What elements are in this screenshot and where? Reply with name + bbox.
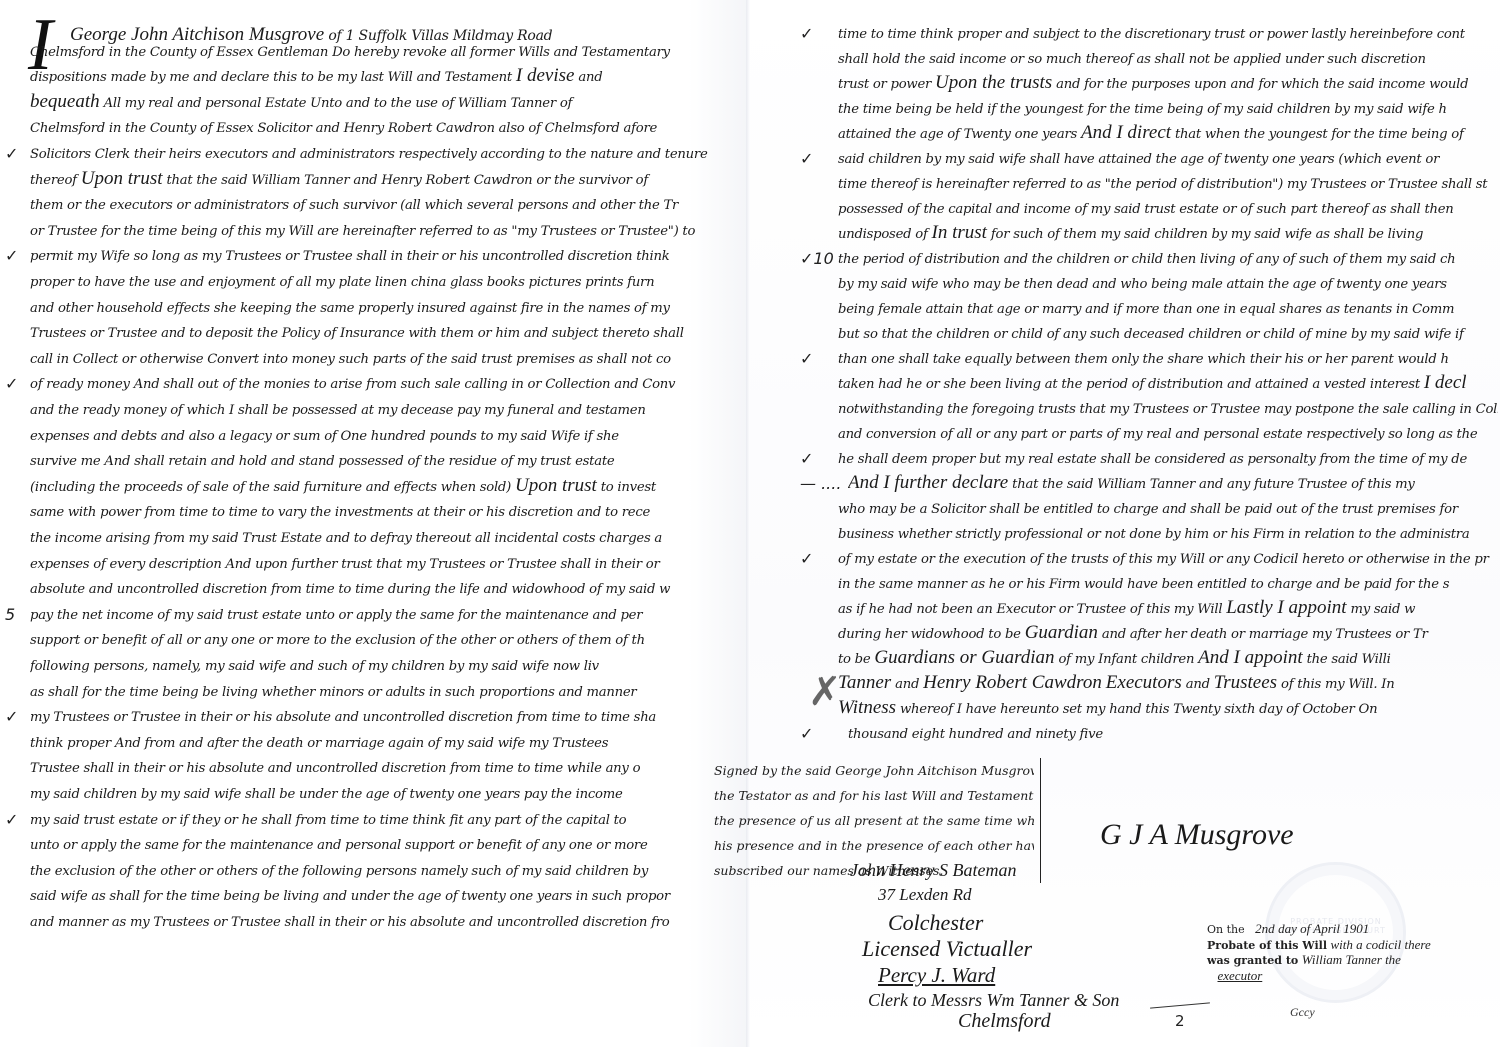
probate-line-4: executor <box>1207 969 1497 985</box>
text-line: absolute and uncontrolled discretion fro… <box>30 577 745 601</box>
probate-line-2: Probate of this Will with a codicil ther… <box>1207 938 1497 954</box>
text-run: and the ready money of which I shall be … <box>30 403 646 418</box>
text-run: expenses and debts and also a legacy or … <box>30 429 619 444</box>
text-line: Solicitors Clerk their heirs executors a… <box>30 142 745 166</box>
text-run: as if he had not been an Executor or Tru… <box>838 602 1226 617</box>
emphasis-run: Lastly I appoint <box>1226 597 1346 618</box>
emphasis-run: In trust <box>932 222 987 243</box>
text-run: said children by my said wife shall have… <box>838 152 1439 167</box>
text-run: and other household effects she keeping … <box>30 301 670 316</box>
text-run: my said trust estate or if they or he sh… <box>30 813 626 828</box>
text-line: pay the net income of my said trust esta… <box>30 603 745 627</box>
margin-check-icon: 5 <box>5 607 15 623</box>
margin-check-icon: ✓10 <box>800 251 834 267</box>
text-run: All my real and personal Estate Unto and… <box>100 96 573 111</box>
text-run: and conversion of all or any part or par… <box>838 427 1477 442</box>
emphasis-run: bequeath <box>30 91 100 112</box>
margin-check-icon: ✓ <box>800 551 813 567</box>
text-run: whereof I have hereunto set my hand this… <box>896 702 1377 717</box>
text-run: to be <box>838 652 874 667</box>
registrar-signature: Gccy <box>1290 1005 1315 1020</box>
text-run: support or benefit of all or any one or … <box>30 633 645 648</box>
text-run: proper to have the use and enjoyment of … <box>30 275 654 290</box>
text-line: call in Collect or otherwise Convert int… <box>30 347 745 371</box>
attestation-line: Signed by the said George John Aitchison… <box>714 758 1034 783</box>
emphasis-run: And I further declare <box>848 472 1008 493</box>
text-run: unto or apply the same for the maintenan… <box>30 838 648 853</box>
text-line: to be Guardians or Guardian of my Infant… <box>838 647 1498 671</box>
emphasis-run: Guardian <box>1025 622 1098 643</box>
text-run: time thereof is hereinafter referred to … <box>838 177 1487 192</box>
text-line: who may be a Solicitor shall be entitled… <box>838 497 1498 521</box>
text-line: and other household effects she keeping … <box>30 296 745 320</box>
text-run: my Trustees or Trustee in their or his a… <box>30 710 656 725</box>
text-line: them or the executors or administrators … <box>30 193 745 217</box>
margin-check-icon: ✓ <box>5 812 18 828</box>
text-line: time to time think proper and subject to… <box>838 22 1498 46</box>
text-run: think proper And from and after the deat… <box>30 736 608 751</box>
margin-check-icon: ✓ <box>5 709 18 725</box>
text-line: notwithstanding the foregoing trusts tha… <box>838 397 1498 421</box>
text-run: call in Collect or otherwise Convert int… <box>30 352 671 367</box>
text-run: thereof <box>30 173 81 188</box>
folio-number: 2 <box>1175 1012 1185 1030</box>
text-line: the time being be held if the youngest f… <box>838 97 1498 121</box>
text-run: in the same manner as he or his Firm wou… <box>838 577 1449 592</box>
text-line: but so that the children or child of any… <box>838 322 1498 346</box>
probate-note: On the 2nd day of April 1901 Probate of … <box>1207 922 1497 984</box>
text-line: and the ready money of which I shall be … <box>30 398 745 422</box>
text-run: of my Infant children <box>1055 652 1199 667</box>
text-run: taken had he or she been living at the p… <box>838 377 1424 392</box>
text-run: and <box>574 70 602 85</box>
text-run: being female attain that age or marry an… <box>838 302 1454 317</box>
text-run: and <box>1182 677 1214 692</box>
text-run: Chelmsford in the County of Essex Solici… <box>30 121 657 136</box>
text-run: Trustees or Trustee and to deposit the P… <box>30 326 684 341</box>
text-line: in the same manner as he or his Firm wou… <box>838 572 1498 596</box>
witness-1-address: 37 Lexden Rd <box>878 885 971 905</box>
text-run: that when the youngest for the time bein… <box>1171 127 1464 142</box>
text-line: than one shall take equally between them… <box>838 347 1498 371</box>
witness-2-name: Percy J. Ward <box>878 963 995 988</box>
emphasis-run: Guardians or Guardian <box>874 647 1054 668</box>
witness-1-occupation: Licensed Victualler <box>862 936 1032 962</box>
attestation-line: the presence of us all present at the sa… <box>714 808 1034 833</box>
text-line: Witness whereof I have hereunto set my h… <box>838 697 1498 721</box>
text-run: time to time think proper and subject to… <box>838 27 1465 42</box>
text-run: that the said William Tanner and Henry R… <box>163 173 648 188</box>
text-line: being female attain that age or marry an… <box>838 297 1498 321</box>
text-line: the period of distribution and the child… <box>838 247 1498 271</box>
text-run: and after her death or marriage my Trust… <box>1098 627 1428 642</box>
emphasis-run: Henry Robert Cawdron <box>923 672 1102 693</box>
text-run: Trustee shall in their or his absolute a… <box>30 761 640 776</box>
text-run: notwithstanding the foregoing trusts tha… <box>838 402 1498 417</box>
text-run: pay the net income of my said trust esta… <box>30 608 642 623</box>
text-line: Chelmsford in the County of Essex Solici… <box>30 116 745 140</box>
text-line: support or benefit of all or any one or … <box>30 628 745 652</box>
text-run: for such of them my said children by my … <box>987 227 1423 242</box>
testator-signature: G J A Musgrove <box>1100 818 1294 852</box>
text-line: permit my Wife so long as my Trustees or… <box>30 244 745 268</box>
text-run: and <box>891 677 923 692</box>
text-line: same with power from time to time to var… <box>30 500 745 524</box>
text-line: as if he had not been an Executor or Tru… <box>838 597 1498 621</box>
probate-line-3: was granted to William Tanner the <box>1207 953 1497 969</box>
text-run: business whether strictly professional o… <box>838 527 1469 542</box>
text-run: that the said William Tanner and any fut… <box>1008 477 1414 492</box>
text-line: survive me And shall retain and hold and… <box>30 449 745 473</box>
attestation-line: his presence and in the presence of each… <box>714 833 1034 858</box>
text-line: my said trust estate or if they or he sh… <box>30 808 745 832</box>
text-line: Chelmsford in the County of Essex Gentle… <box>30 40 745 64</box>
text-run: the time being be held if the youngest f… <box>838 102 1447 117</box>
text-line: dispositions made by me and declare this… <box>30 65 745 89</box>
text-line: unto or apply the same for the maintenan… <box>30 833 745 857</box>
text-run: absolute and uncontrolled discretion fro… <box>30 582 670 597</box>
text-line: and manner as my Trustees or Trustee sha… <box>30 910 745 934</box>
text-run: expenses of every description And upon f… <box>30 557 660 572</box>
page-gutter <box>746 0 750 1047</box>
emphasis-run: Executors <box>1106 672 1182 693</box>
margin-check-icon: ✓ <box>5 376 18 392</box>
witness-2-occupation: Clerk to Messrs Wm Tanner & Son <box>868 990 1119 1011</box>
text-line: following persons, namely, my said wife … <box>30 654 745 678</box>
text-run: my said w <box>1347 602 1416 617</box>
text-line: possessed of the capital and income of m… <box>838 197 1498 221</box>
text-line: attained the age of Twenty one years And… <box>838 122 1498 146</box>
text-run: them or the executors or administrators … <box>30 198 678 213</box>
witness-1-name: John Henry S Bateman <box>850 860 1016 881</box>
text-line: undisposed of In trust for such of them … <box>838 222 1498 246</box>
text-line: of my estate or the execution of the tru… <box>838 547 1498 571</box>
witness-1-town: Colchester <box>888 910 983 936</box>
text-run: as shall for the time being be living wh… <box>30 685 636 700</box>
text-run: or Trustee for the time being of this my… <box>30 224 695 239</box>
text-run: Chelmsford in the County of Essex Gentle… <box>30 45 670 60</box>
text-line: taken had he or she been living at the p… <box>838 372 1498 396</box>
text-run: who may be a Solicitor shall be entitled… <box>838 502 1458 517</box>
text-run: same with power from time to time to var… <box>30 505 650 520</box>
text-line: expenses and debts and also a legacy or … <box>30 424 745 448</box>
text-line: by my said wife who may be then dead and… <box>838 272 1498 296</box>
text-line: expenses of every description And upon f… <box>30 552 745 576</box>
text-line: thereof Upon trust that the said William… <box>30 168 745 192</box>
text-line: said children by my said wife shall have… <box>838 147 1498 171</box>
emphasis-run: And I direct <box>1081 122 1171 143</box>
text-line: and conversion of all or any part or par… <box>838 422 1498 446</box>
text-run: permit my Wife so long as my Trustees or… <box>30 249 669 264</box>
margin-check-icon: ✓ <box>5 248 18 264</box>
text-run: undisposed of <box>838 227 932 242</box>
emphasis-run: Witness <box>838 697 896 718</box>
attestation-line: the Testator as and for his last Will an… <box>714 783 1034 808</box>
text-run: said wife as shall for the time being be… <box>30 889 670 904</box>
text-line: Tanner and Henry Robert Cawdron Executor… <box>838 672 1498 696</box>
text-run: he shall deem proper but my real estate … <box>838 452 1467 467</box>
emphasis-run: I devise <box>516 65 575 86</box>
text-line: think proper And from and after the deat… <box>30 731 745 755</box>
text-line: Trustees or Trustee and to deposit the P… <box>30 321 745 345</box>
text-line: the income arising from my said Trust Es… <box>30 526 745 550</box>
margin-check-icon: ✓ <box>800 451 813 467</box>
margin-check-icon: ✓ <box>800 26 813 42</box>
emphasis-run: I decl <box>1424 372 1467 393</box>
text-run: than one shall take equally between them… <box>838 352 1449 367</box>
text-run: dispositions made by me and declare this… <box>30 70 516 85</box>
text-line: my said children by my said wife shall b… <box>30 782 745 806</box>
text-line: said wife as shall for the time being be… <box>30 884 745 908</box>
emphasis-run: Upon trust <box>81 168 163 189</box>
margin-check-icon: ✓ <box>5 146 18 162</box>
text-run: of ready money And shall out of the moni… <box>30 377 675 392</box>
emphasis-run: Upon the trusts <box>935 72 1052 93</box>
margin-check-icon: ✓ <box>800 151 813 167</box>
text-run: attained the age of Twenty one years <box>838 127 1081 142</box>
text-run: thousand eight hundred and ninety five <box>848 727 1103 742</box>
text-run: to invest <box>597 480 656 495</box>
text-run: survive me And shall retain and hold and… <box>30 454 614 469</box>
witness-2-town: Chelmsford <box>958 1010 1051 1033</box>
text-line: thousand eight hundred and ninety five <box>848 722 1500 746</box>
text-line: he shall deem proper but my real estate … <box>838 447 1498 471</box>
text-line: (including the proceeds of sale of the s… <box>30 475 745 499</box>
margin-check-icon: — .... <box>800 476 841 492</box>
text-run: the period of distribution and the child… <box>838 252 1455 267</box>
margin-check-icon: ✓ <box>800 351 813 367</box>
text-line: trust or power Upon the trusts and for t… <box>838 72 1498 96</box>
text-line: during her widowhood to be Guardian and … <box>838 622 1498 646</box>
text-line: my Trustees or Trustee in their or his a… <box>30 705 745 729</box>
text-run: Solicitors Clerk their heirs executors a… <box>30 147 708 162</box>
text-line: the exclusion of the other or others of … <box>30 859 745 883</box>
text-line: bequeath All my real and personal Estate… <box>30 91 745 115</box>
text-run: following persons, namely, my said wife … <box>30 659 599 674</box>
text-run: shall hold the said income or so much th… <box>838 52 1426 67</box>
text-line: as shall for the time being be living wh… <box>30 680 745 704</box>
emphasis-run: Trustees <box>1214 672 1277 693</box>
margin-check-icon: ✓ <box>800 726 813 742</box>
emphasis-run: Tanner <box>838 672 891 693</box>
text-run: (including the proceeds of sale of the s… <box>30 480 515 495</box>
text-line: proper to have the use and enjoyment of … <box>30 270 745 294</box>
text-run: possessed of the capital and income of m… <box>838 202 1454 217</box>
text-run: the said Willi <box>1303 652 1391 667</box>
probate-line-1: On the 2nd day of April 1901 <box>1207 922 1497 938</box>
text-line: Trustee shall in their or his absolute a… <box>30 756 745 780</box>
text-line: shall hold the said income or so much th… <box>838 47 1498 71</box>
text-run: the income arising from my said Trust Es… <box>30 531 662 546</box>
text-line: And I further declare that the said Will… <box>848 472 1500 496</box>
emphasis-run: Upon trust <box>515 475 597 496</box>
cross-mark-icon: ✗ <box>808 672 842 712</box>
text-run: of this my Will. In <box>1277 677 1394 692</box>
text-run: and for the purposes upon and for which … <box>1052 77 1468 92</box>
text-run: and manner as my Trustees or Trustee sha… <box>30 915 669 930</box>
text-run: of my estate or the execution of the tru… <box>838 552 1489 567</box>
text-line: business whether strictly professional o… <box>838 522 1498 546</box>
text-run: during her widowhood to be <box>838 627 1025 642</box>
text-run: by my said wife who may be then dead and… <box>838 277 1447 292</box>
text-line: time thereof is hereinafter referred to … <box>838 172 1498 196</box>
text-line: or Trustee for the time being of this my… <box>30 219 745 243</box>
text-run: my said children by my said wife shall b… <box>30 787 623 802</box>
text-line: of ready money And shall out of the moni… <box>30 372 745 396</box>
emphasis-run: And I appoint <box>1198 647 1303 668</box>
text-run: but so that the children or child of any… <box>838 327 1464 342</box>
text-run: trust or power <box>838 77 935 92</box>
text-run: the exclusion of the other or others of … <box>30 864 648 879</box>
